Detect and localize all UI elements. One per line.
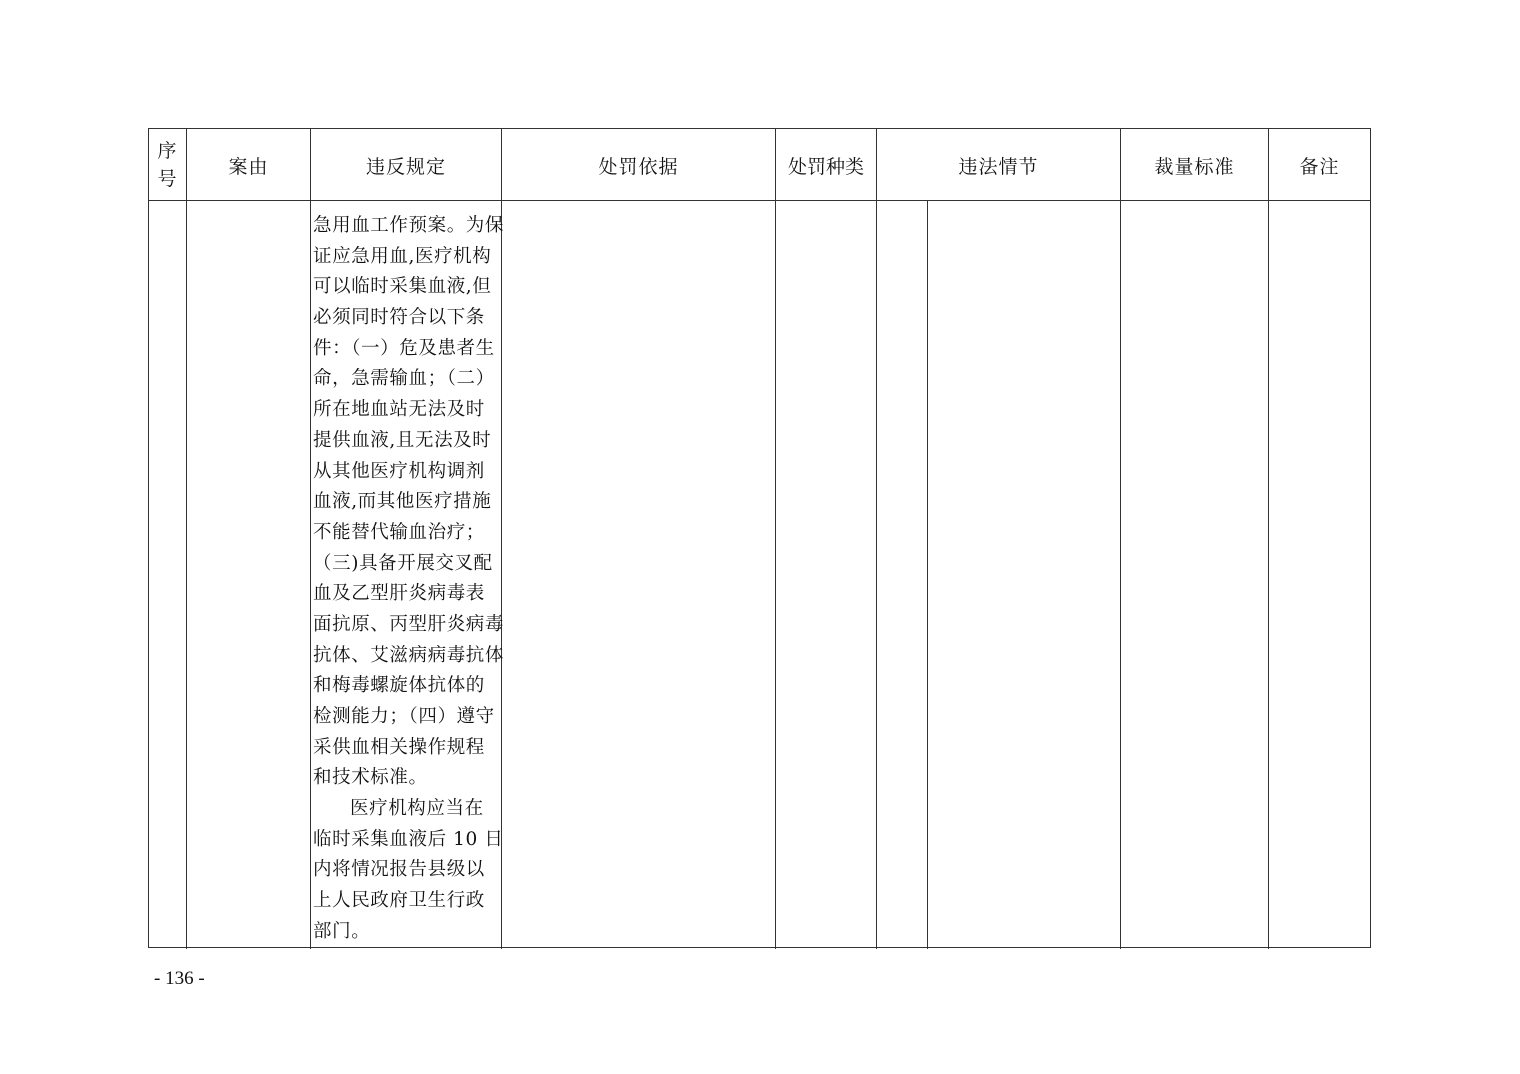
sub-col-divider	[927, 201, 928, 949]
text-line: 抗体、艾滋病病毒抗体	[313, 641, 497, 672]
text-line: 和梅毒螺旋体抗体的	[313, 671, 497, 702]
penalty-table: 序 号 案由 违反规定 处罚依据 处罚种类 违法情节 裁量标准 备注 急用血工作…	[148, 128, 1371, 948]
text-line: 可以临时采集血液,但	[313, 272, 497, 303]
header-seq-char-1: 序	[157, 137, 177, 165]
col-divider	[876, 129, 877, 949]
document-page: 序 号 案由 违反规定 处罚依据 处罚种类 违法情节 裁量标准 备注 急用血工作…	[0, 0, 1520, 1074]
col-divider	[1268, 129, 1269, 949]
text-line: 从其他医疗机构调剂	[313, 457, 497, 488]
text-line: 面抗原、丙型肝炎病毒	[313, 610, 497, 641]
violation-cell: 急用血工作预案。为保 证应急用血,医疗机构 可以临时采集血液,但 必须同时符合以…	[313, 211, 497, 948]
header-remarks: 备注	[1269, 129, 1370, 201]
text-line: 命，急需输血；（二）	[313, 364, 497, 395]
text-line: （三)具备开展交叉配	[313, 549, 497, 580]
text-line: 内将情况报告县级以	[313, 855, 497, 886]
page-number: - 136 -	[154, 968, 205, 990]
text-line: 急用血工作预案。为保	[313, 211, 497, 242]
text-line: 所在地血站无法及时	[313, 395, 497, 426]
text-line: 证应急用血,医疗机构	[313, 242, 497, 273]
header-seq: 序 号	[149, 129, 186, 201]
col-divider	[501, 129, 502, 949]
header-violation: 违反规定	[311, 129, 501, 201]
col-divider	[775, 129, 776, 949]
col-divider	[1120, 129, 1121, 949]
text-line: 必须同时符合以下条	[313, 303, 497, 334]
header-basis: 处罚依据	[502, 129, 775, 201]
header-circumstances: 违法情节	[877, 129, 1120, 201]
header-standard: 裁量标准	[1121, 129, 1268, 201]
header-case: 案由	[187, 129, 310, 201]
text-line: 采供血相关操作规程	[313, 733, 497, 764]
text-line: 血液,而其他医疗措施	[313, 487, 497, 518]
text-line: 临时采集血液后 10 日	[313, 825, 497, 856]
header-seq-char-2: 号	[157, 165, 177, 193]
text-line: 部门。	[313, 917, 497, 948]
text-line: 检测能力；（四）遵守	[313, 702, 497, 733]
text-line: 不能替代输血治疗；	[313, 518, 497, 549]
text-line: 和技术标准。	[313, 763, 497, 794]
col-divider	[186, 129, 187, 949]
text-line: 血及乙型肝炎病毒表	[313, 579, 497, 610]
text-line: 提供血液,且无法及时	[313, 426, 497, 457]
text-line: 上人民政府卫生行政	[313, 886, 497, 917]
col-divider	[310, 129, 311, 949]
header-type: 处罚种类	[776, 129, 876, 201]
text-line: 件：（一）危及患者生	[313, 334, 497, 365]
text-line-indented: 医疗机构应当在	[313, 794, 497, 825]
